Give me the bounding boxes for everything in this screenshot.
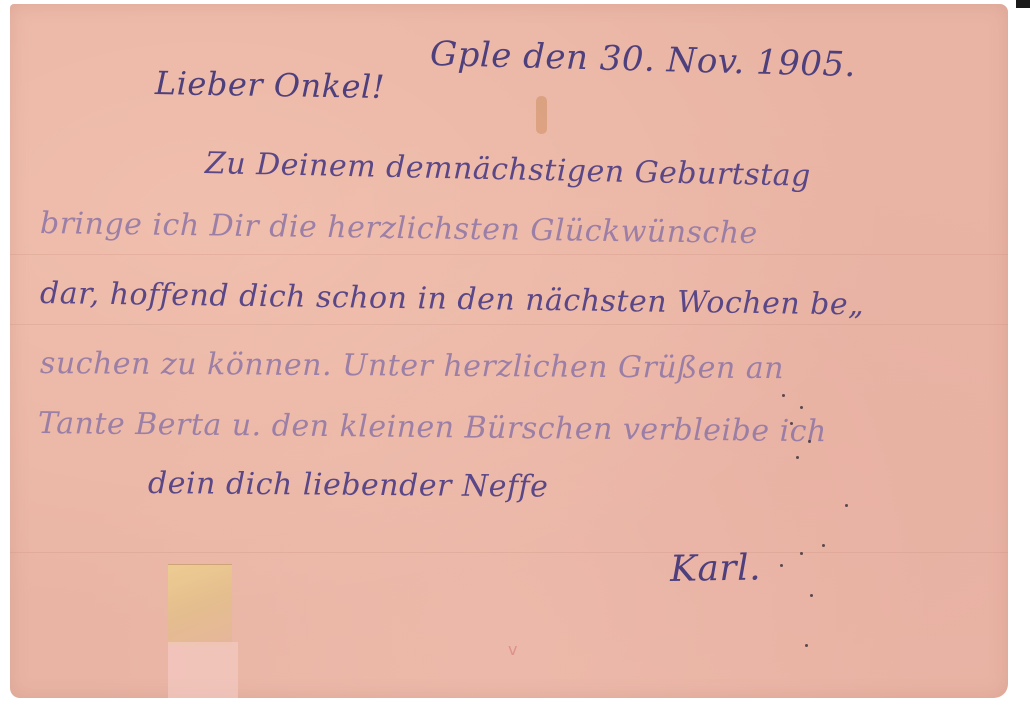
faint-ruled-line [10, 552, 1008, 553]
postcard-scan: Gple den 30. Nov. 1905. Lieber Onkel! Zu… [0, 0, 1030, 705]
letter-line-3: dar, hoffend dich schon in den nächsten … [40, 276, 865, 323]
faded-stain [168, 642, 238, 698]
speckle [800, 406, 803, 409]
ink-smudge [536, 96, 547, 134]
faint-ruled-line [10, 324, 1008, 325]
speckle [782, 394, 785, 397]
scan-edge-bar [1016, 0, 1030, 8]
speckle [845, 504, 848, 507]
pencil-mark: v [508, 640, 517, 659]
speckle [808, 440, 811, 443]
speckle [790, 422, 793, 425]
salutation: Lieber Onkel! [155, 64, 386, 106]
place-date-line: Gple den 30. Nov. 1905. [429, 34, 856, 85]
letter-line-5: Tante Berta u. den kleinen Bürschen verb… [38, 406, 827, 449]
speckle [800, 552, 803, 555]
letter-line-1: Zu Deinem demnächstigen Geburtstag [205, 146, 812, 194]
speckle [805, 644, 808, 647]
closing-line: dein dich liebender Neffe [148, 466, 549, 504]
speckle [822, 544, 825, 547]
speckle [780, 564, 783, 567]
postcard: Gple den 30. Nov. 1905. Lieber Onkel! Zu… [10, 4, 1008, 698]
speckle [810, 594, 813, 597]
letter-line-2: bringe ich Dir die herzlichsten Glückwün… [40, 206, 758, 251]
tape-residue-stain [168, 564, 232, 645]
signature: Karl. [670, 547, 762, 590]
speckle [796, 456, 799, 459]
faint-ruled-line [10, 254, 1008, 255]
letter-line-4: suchen zu können. Unter herzlichen Grüße… [40, 346, 784, 386]
